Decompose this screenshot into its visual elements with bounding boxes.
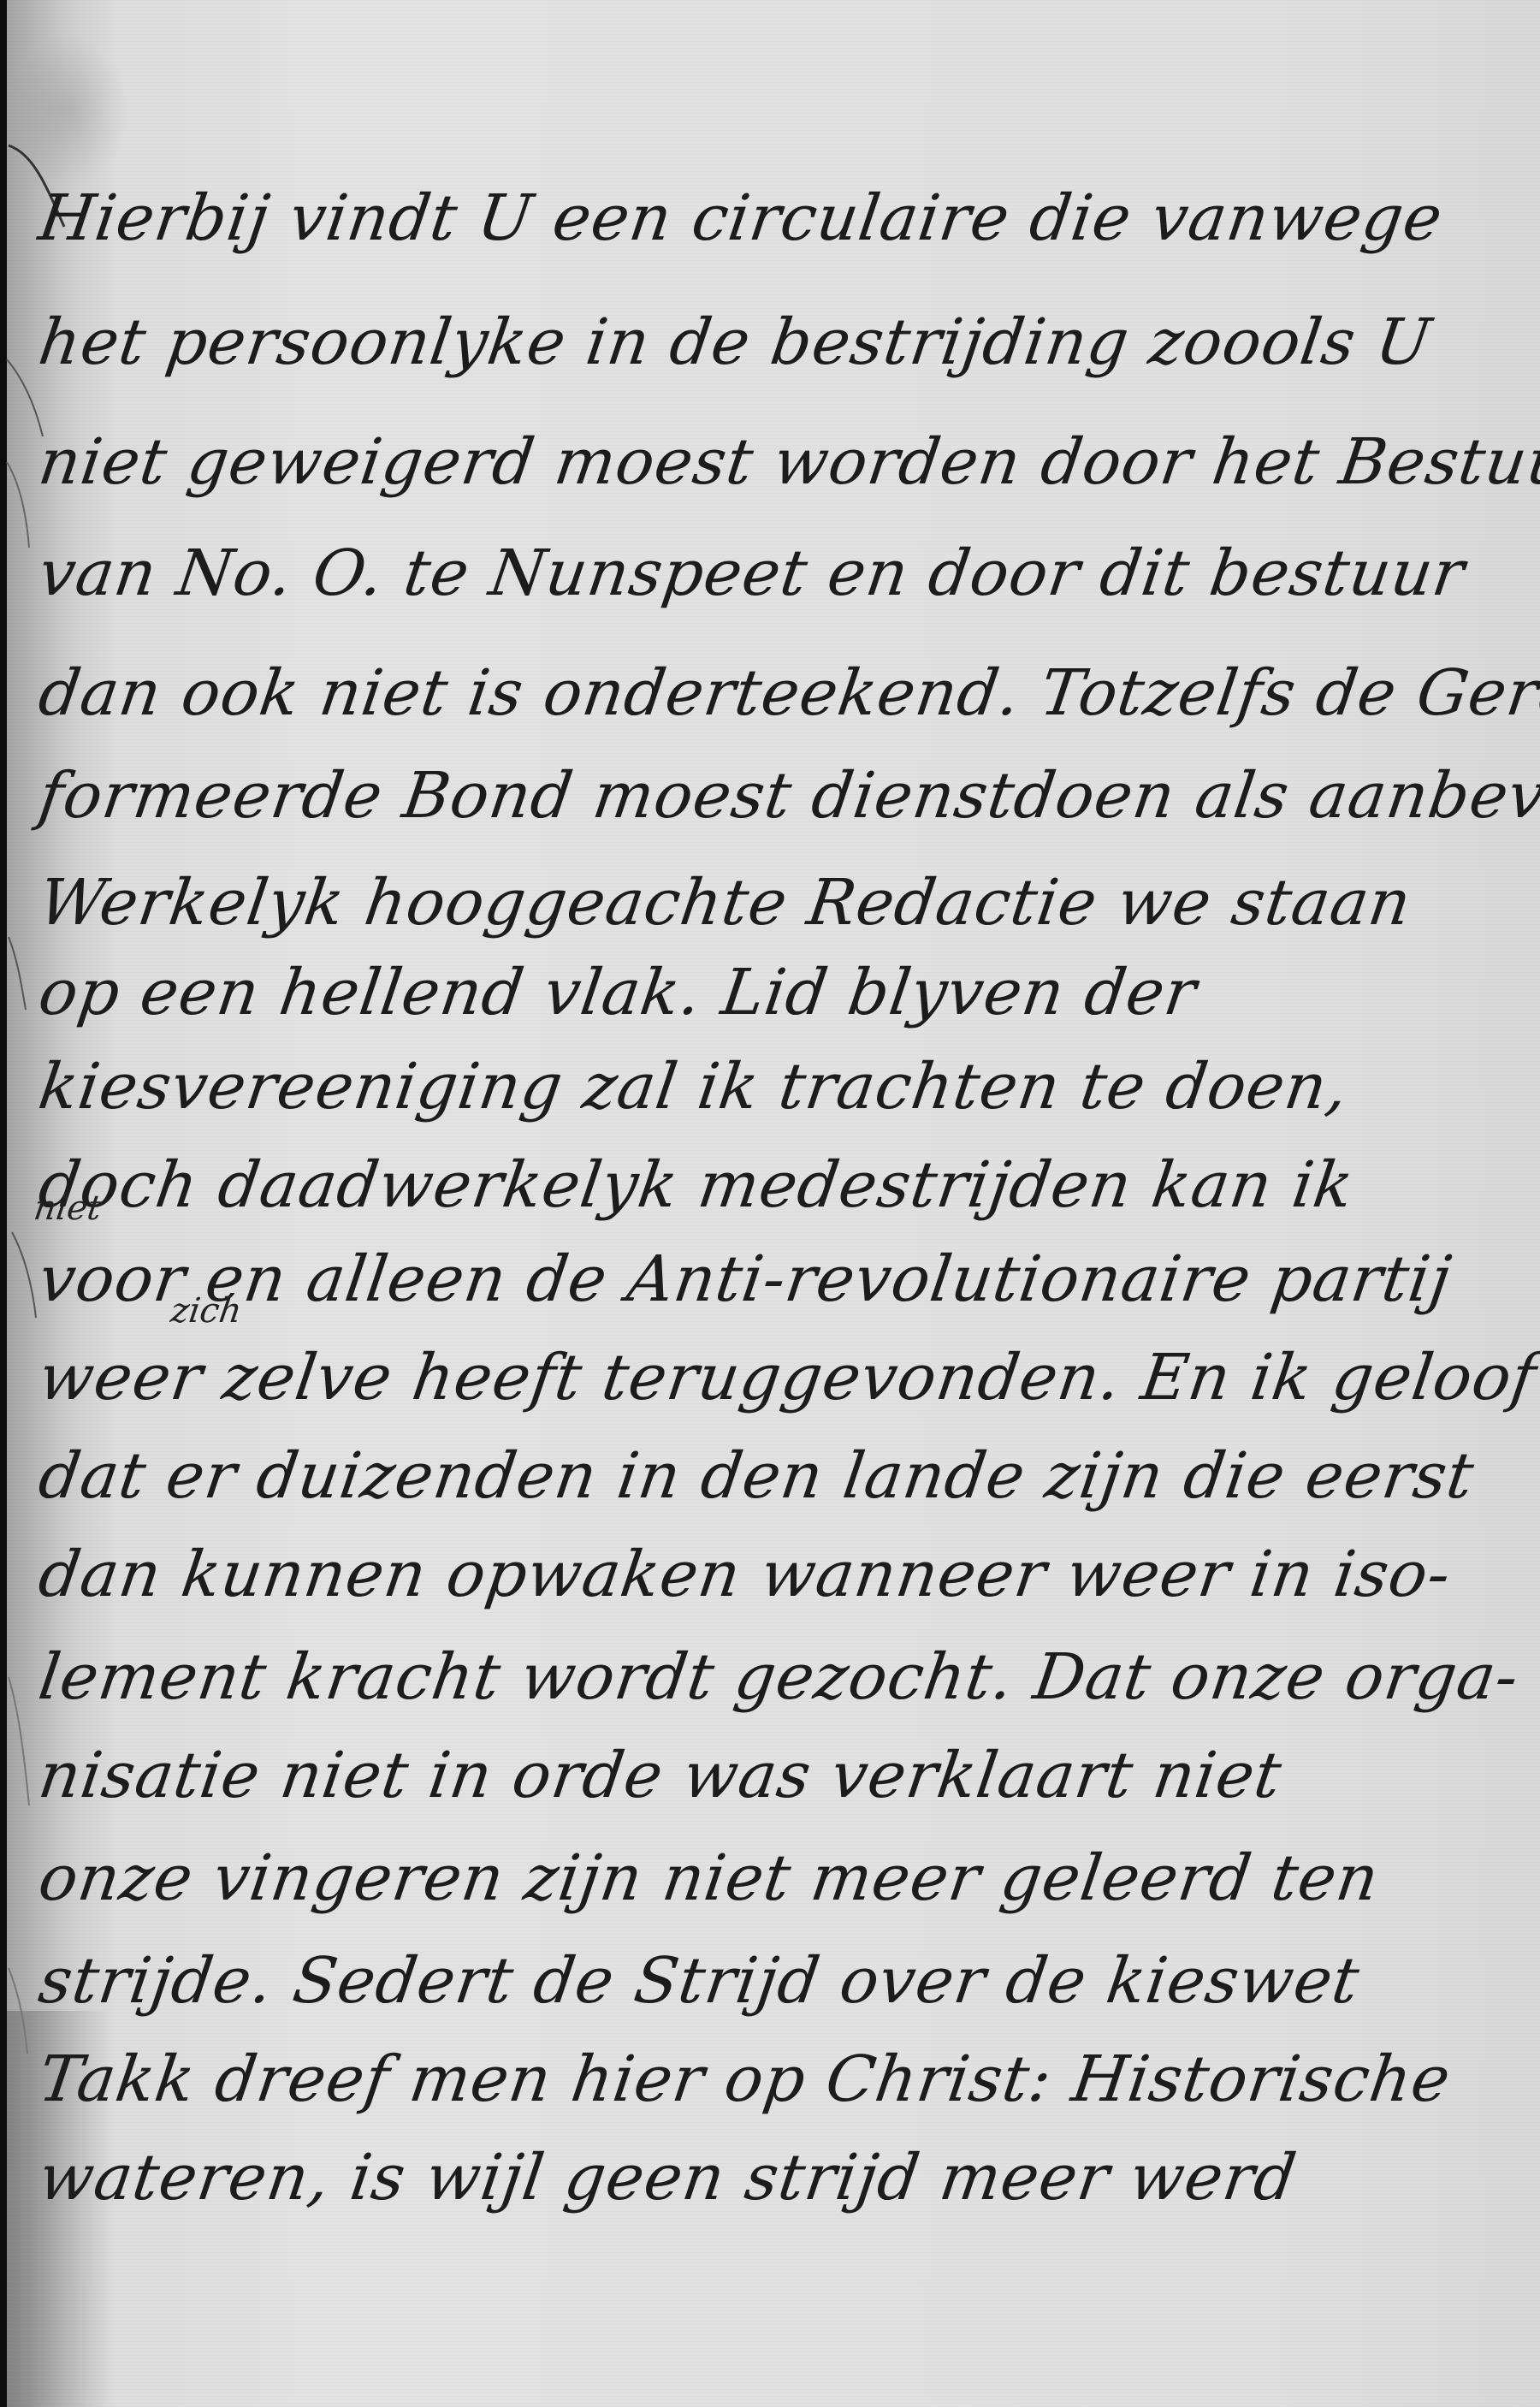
letter-line-15: lement kracht wordt gezocht. Dat onze or… (34, 1639, 1517, 1716)
letter-line-5: dan ook niet is onderteekend. Totzelfs d… (34, 655, 1517, 732)
scanned-letter-page: Hierbij vindt U een circulaire die vanwe… (0, 0, 1540, 2407)
letter-line-6: formeerde Bond moest dienstdoen als aanb… (34, 757, 1517, 834)
letter-line-12: weer zelve heeft teruggevonden. En ik ge… (34, 1339, 1517, 1416)
letter-line-18: strijde. Sedert de Strijd over de kieswe… (34, 1942, 1517, 2019)
letter-line-14: dan kunnen opwaken wanneer weer in iso- (34, 1536, 1517, 1613)
letter-line-19: Takk dreef men hier op Christ: Historisc… (34, 2041, 1517, 2118)
letter-line-20: wateren, is wijl geen strijd meer werd (34, 2139, 1517, 2216)
interlinear-insertion-niet: niet (32, 1189, 104, 1227)
letter-body: Hierbij vindt U een circulaire die vanwe… (34, 0, 1506, 2407)
letter-line-8: op een hellend vlak. Lid blyven der (34, 954, 1517, 1031)
letter-line-16: nisatie niet in orde was verklaart niet (34, 1737, 1517, 1814)
letter-line-17: onze vingeren zijn niet meer geleerd ten (34, 1840, 1517, 1917)
letter-line-10: doch daadwerkelyk medestrijden kan ik (34, 1147, 1517, 1224)
letter-line-9: kiesvereeniging zal ik trachten te doen, (34, 1048, 1517, 1125)
letter-line-3: niet geweigerd moest worden door het Bes… (34, 424, 1517, 501)
interlinear-insertion-zich: zich (169, 1292, 244, 1330)
letter-line-11: voor en alleen de Anti-revolutionaire pa… (34, 1241, 1517, 1318)
letter-line-1: Hierbij vindt U een circulaire die vanwe… (34, 180, 1517, 257)
letter-line-4: van No. O. te Nunspeet en door dit bestu… (34, 535, 1517, 612)
letter-line-7: Werkelyk hooggeachte Redactie we staan (34, 864, 1517, 941)
letter-line-13: dat er duizenden in den lande zijn die e… (34, 1438, 1517, 1515)
letter-line-2: het persoonlyke in de bestrijding zoools… (34, 304, 1517, 381)
